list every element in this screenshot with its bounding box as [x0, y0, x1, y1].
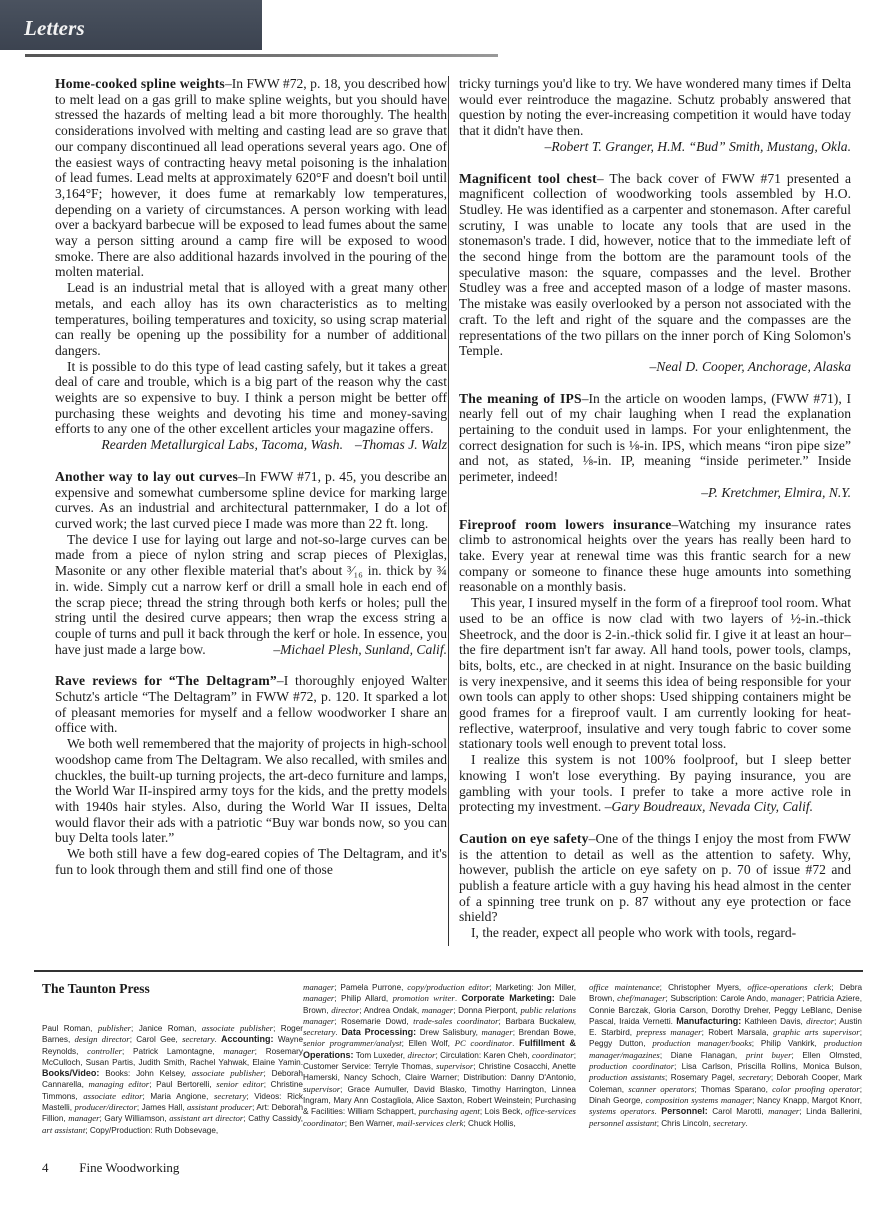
- masthead-staff-column-3: office maintenance; Christopher Myers, o…: [589, 982, 862, 1129]
- letter-signature: –P. Kretchmer, Elmira, N.Y.: [459, 485, 851, 501]
- letter: Fireproof room lowers insurance–Watching…: [459, 517, 851, 815]
- letter-headline: Magnificent tool chest: [459, 171, 597, 186]
- letter: Another way to lay out curves–In FWW #71…: [55, 469, 447, 657]
- letter-paragraph: Magnificent tool chest– The back cover o…: [459, 171, 851, 359]
- letter-paragraph: We both still have a few dog-eared copie…: [55, 846, 447, 877]
- letter-signature: –Thomas J. Walz: [343, 437, 447, 453]
- letter-paragraph: tricky turnings you'd like to try. We ha…: [459, 76, 851, 139]
- letter-paragraph: The meaning of IPS–In the article on woo…: [459, 391, 851, 485]
- letter-headline: The meaning of IPS: [459, 391, 582, 406]
- letter-headline: Rave reviews for “The Deltagram”: [55, 673, 277, 688]
- publication-name: Fine Woodworking: [79, 1160, 179, 1175]
- letter-signature: –Gary Boudreaux, Nevada City, Calif.: [605, 799, 813, 814]
- letter-paragraph: This year, I insured myself in the form …: [459, 595, 851, 752]
- letter-paragraph: Home-cooked spline weights–In FWW #72, p…: [55, 76, 447, 280]
- letter: Magnificent tool chest– The back cover o…: [459, 171, 851, 375]
- letter-headline: Home-cooked spline weights: [55, 76, 225, 91]
- masthead-title: The Taunton Press: [42, 981, 150, 997]
- letter-signature: –Michael Plesh, Sunland, Calif.: [261, 642, 447, 658]
- page-footer: 4 Fine Woodworking: [42, 1160, 179, 1176]
- letter-paragraph: It is possible to do this type of lead c…: [55, 359, 447, 438]
- letter: Caution on eye safety–One of the things …: [459, 831, 851, 941]
- page-number: 4: [42, 1160, 76, 1176]
- letter-paragraph: We both well remembered that the majorit…: [55, 736, 447, 846]
- letter-paragraph: Caution on eye safety–One of the things …: [459, 831, 851, 925]
- letter: The meaning of IPS–In the article on woo…: [459, 391, 851, 501]
- letter-paragraph: I, the reader, expect all people who wor…: [459, 925, 851, 941]
- letter-paragraph: Rave reviews for “The Deltagram”–I thoro…: [55, 673, 447, 736]
- letter: Home-cooked spline weights–In FWW #72, p…: [55, 76, 447, 453]
- right-column: tricky turnings you'd like to try. We ha…: [459, 76, 851, 957]
- letter-headline: Fireproof room lowers insurance: [459, 517, 672, 532]
- letter-signature: –Neal D. Cooper, Anchorage, Alaska: [459, 359, 851, 375]
- masthead-staff-column-2: manager; Pamela Purrone, copy/production…: [303, 982, 576, 1129]
- left-column: Home-cooked spline weights–In FWW #72, p…: [55, 76, 447, 893]
- letter-headline: Another way to lay out curves: [55, 469, 238, 484]
- section-title: Letters: [24, 16, 85, 41]
- letter-headline: Caution on eye safety: [459, 831, 589, 846]
- letter: Rave reviews for “The Deltagram”–I thoro…: [55, 673, 447, 877]
- letter-continuation: tricky turnings you'd like to try. We ha…: [459, 76, 851, 155]
- letter-paragraph: The device I use for laying out large an…: [55, 532, 447, 658]
- letter-paragraph: Another way to lay out curves–In FWW #71…: [55, 469, 447, 532]
- letter-signature: –Robert T. Granger, H.M. “Bud” Smith, Mu…: [459, 139, 851, 155]
- letters-columns: Home-cooked spline weights–In FWW #72, p…: [55, 76, 865, 956]
- masthead-rule: [34, 970, 863, 972]
- masthead-staff-column-1: Paul Roman, publisher; Janice Roman, ass…: [42, 1023, 303, 1136]
- letter-paragraph: I realize this system is not 100% foolpr…: [459, 752, 851, 815]
- header-rule: [25, 54, 498, 57]
- letter-paragraph: Lead is an industrial metal that is allo…: [55, 280, 447, 359]
- letter-paragraph: Fireproof room lowers insurance–Watching…: [459, 517, 851, 596]
- section-header-band: Letters: [0, 0, 262, 50]
